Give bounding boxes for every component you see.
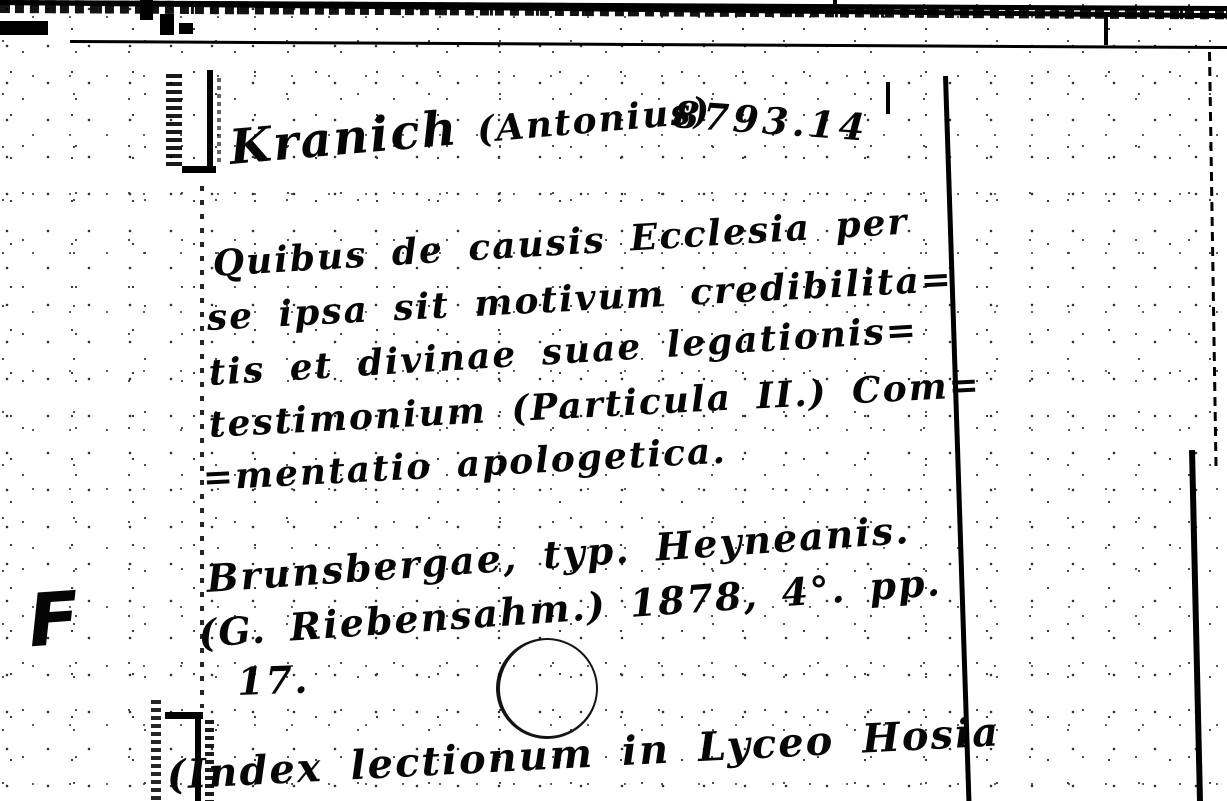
ink-blob [179,23,193,34]
punch-slot-bottom-left-edge [151,700,161,801]
stray-stroke [886,82,890,114]
top-tick-mark [140,0,153,20]
column-divider-line [943,76,971,801]
top-tick-mark [833,0,837,14]
punch-slot-top-bottom-cap [182,166,216,173]
rule-jog-mark [1104,17,1108,45]
author-heading: Kranich (Antonius) [227,78,713,176]
punch-slot-top-outer-edge [217,78,221,166]
author-qualifier: (Antonius) [475,89,713,151]
ink-blob [160,14,174,35]
imprint-line: 17. [236,657,310,704]
right-edge-line-upper [1208,52,1218,472]
catalog-card-scan: F 8793.14 Kranich (Antonius) Quibus de c… [0,0,1227,801]
punch-slot-top-right-edge [207,70,213,172]
stamp-circle-mark [489,631,604,745]
right-edge-line-lower [1189,450,1203,801]
punch-slot-top-left-edge [166,74,182,168]
edge-band-inner-line [70,40,1227,49]
margin-guide-letter: F [24,581,83,658]
author-name: Kranich [227,100,460,176]
edge-band-left-clump [0,21,48,35]
